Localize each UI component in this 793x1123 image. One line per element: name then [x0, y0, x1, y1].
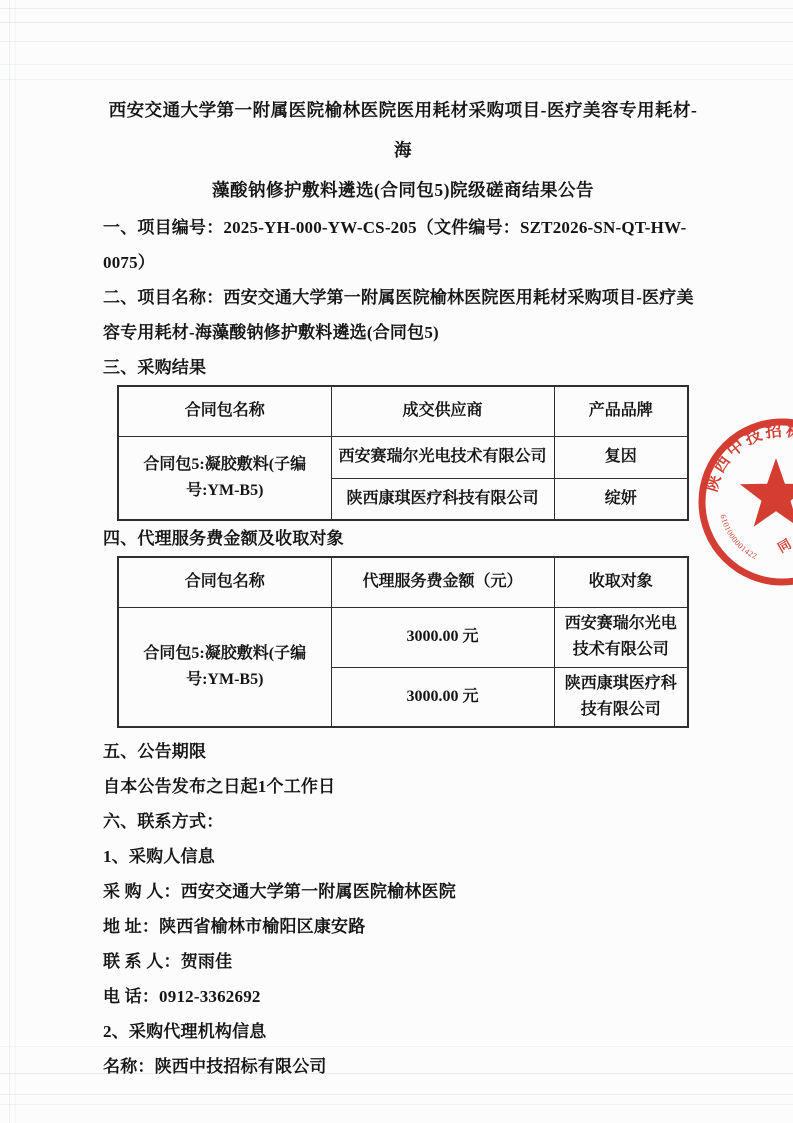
announcement-body: 西安交通大学第一附属医院榆林医院医用耗材采购项目-医疗美容专用耗材-海 藻酸钠修…	[103, 90, 703, 1084]
title-line-1: 西安交通大学第一附属医院榆林医院医用耗材采购项目-医疗美容专用耗材-海	[103, 90, 703, 170]
table-header-row: 合同包名称 代理服务费金额（元） 收取对象	[118, 557, 688, 607]
header-package-name: 合同包名称	[118, 557, 331, 607]
header-fee-amount: 代理服务费金额（元）	[331, 557, 554, 607]
table-row: 合同包5:凝胶敷料(子编号:YM-B5) 3000.00 元 西安赛瑞尔光电技术…	[118, 607, 688, 667]
title-line-2: 藻酸钠修护敷料遴选(合同包5)院级磋商结果公告	[103, 170, 703, 210]
procurement-result-table: 合同包名称 成交供应商 产品品牌 合同包5:凝胶敷料(子编号:YM-B5) 西安…	[117, 385, 689, 521]
notice-period-body: 自本公告发布之日起1个工作日	[103, 769, 703, 804]
buyer-contact-line: 联 系 人：贺雨佳	[103, 944, 703, 979]
procurement-result-heading: 三、采购结果	[103, 350, 703, 385]
brand-cell: 绽妍	[554, 478, 688, 520]
supplier-cell: 西安赛瑞尔光电技术有限公司	[331, 436, 554, 478]
header-package-name: 合同包名称	[118, 386, 331, 436]
buyer-name-line: 采 购 人：西安交通大学第一附属医院榆林医院	[103, 874, 703, 909]
project-number-line: 一、项目编号：2025-YH-000-YW-CS-205（文件编号：SZT202…	[103, 210, 703, 280]
header-brand: 产品品牌	[554, 386, 688, 436]
supplier-cell: 陕西康琪医疗科技有限公司	[331, 478, 554, 520]
agency-fee-heading: 四、代理服务费金额及收取对象	[103, 521, 703, 556]
agency-fee-table: 合同包名称 代理服务费金额（元） 收取对象 合同包5:凝胶敷料(子编号:YM-B…	[117, 556, 689, 728]
buyer-address-line: 地 址：陕西省榆林市榆阳区康安路	[103, 909, 703, 944]
fee-amount-cell: 3000.00 元	[331, 667, 554, 727]
contact-heading: 六、联系方式：	[103, 804, 703, 839]
project-name-line: 二、项目名称：西安交通大学第一附属医院榆林医院医用耗材采购项目-医疗美容专用耗材…	[103, 280, 703, 350]
buyer-phone-line: 电 话：0912-3362692	[103, 979, 703, 1014]
buyer-info-heading: 1、采购人信息	[103, 839, 703, 874]
agency-info-heading: 2、采购代理机构信息	[103, 1014, 703, 1049]
seal-star-icon	[740, 458, 793, 527]
payee-cell: 西安赛瑞尔光电技术有限公司	[554, 607, 688, 667]
agency-name-line: 名称：陕西中技招标有限公司	[103, 1049, 703, 1084]
brand-cell: 复因	[554, 436, 688, 478]
payee-cell: 陕西康琪医疗科技有限公司	[554, 667, 688, 727]
table-header-row: 合同包名称 成交供应商 产品品牌	[118, 386, 688, 436]
package-name-cell: 合同包5:凝胶敷料(子编号:YM-B5)	[118, 607, 331, 727]
table-row: 合同包5:凝胶敷料(子编号:YM-B5) 西安赛瑞尔光电技术有限公司 复因	[118, 436, 688, 478]
scanned-document-page: 西安交通大学第一附属医院榆林医院医用耗材采购项目-医疗美容专用耗材-海 藻酸钠修…	[0, 0, 793, 1123]
package-name-cell: 合同包5:凝胶敷料(子编号:YM-B5)	[118, 436, 331, 520]
seal-fragment-text: 同	[775, 536, 793, 555]
red-company-seal: 陕西中技招标有限公司 6101000001422 同	[690, 408, 793, 600]
notice-period-heading: 五、公告期限	[103, 734, 703, 769]
header-supplier: 成交供应商	[331, 386, 554, 436]
document-title: 西安交通大学第一附属医院榆林医院医用耗材采购项目-医疗美容专用耗材-海 藻酸钠修…	[103, 90, 703, 210]
fee-amount-cell: 3000.00 元	[331, 607, 554, 667]
header-payee: 收取对象	[554, 557, 688, 607]
